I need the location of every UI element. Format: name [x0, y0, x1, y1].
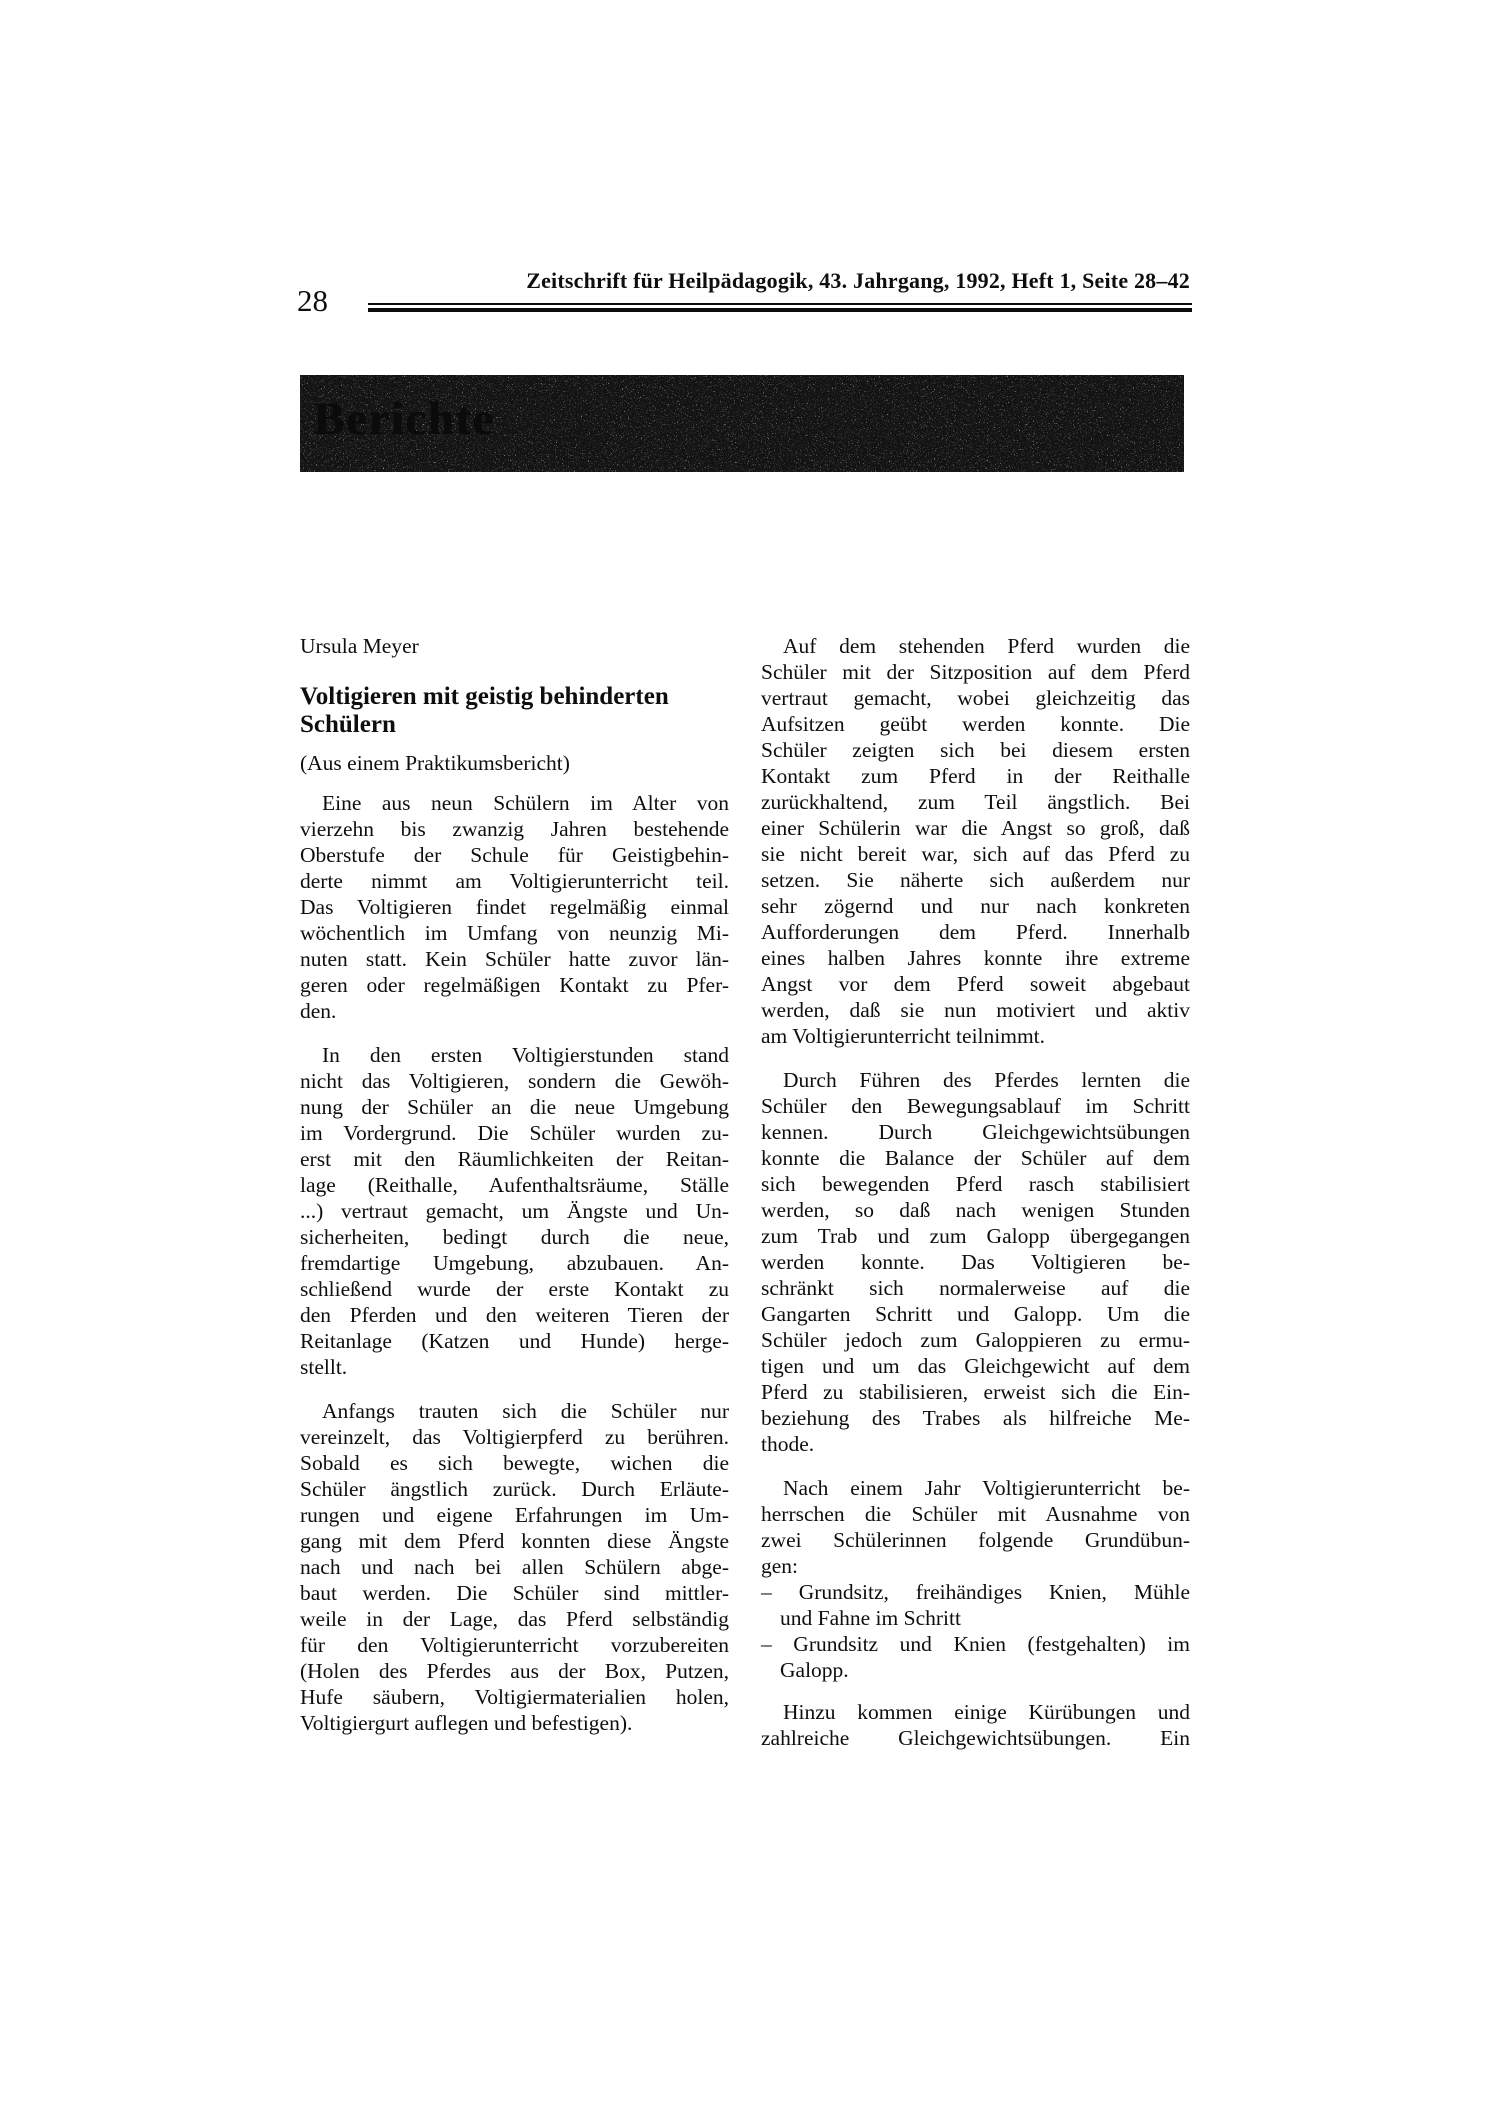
text-line: vereinzelt, das Voltigierpferd zu berühr…	[300, 1424, 729, 1450]
text-line: schließend wurde der erste Kontakt zu	[300, 1276, 729, 1302]
text-line: Schülern	[300, 711, 729, 739]
text-line: nung der Schüler an die neue Umgebung	[300, 1094, 729, 1120]
text-line: herrschen die Schüler mit Ausnahme von	[761, 1501, 1190, 1527]
text-line: vierzehn bis zwanzig Jahren bestehende	[300, 816, 729, 842]
text-line: vertraut gemacht, wobei gleichzeitig das	[761, 685, 1190, 711]
paragraph: Nach einem Jahr Voltigierunterricht be-h…	[761, 1475, 1190, 1579]
text-line: rungen und eigene Erfahrungen im Um-	[300, 1502, 729, 1528]
text-line: sie nicht bereit war, sich auf das Pferd…	[761, 841, 1190, 867]
text-line: und Fahne im Schritt	[761, 1605, 1190, 1631]
list-item: – Grundsitz und Knien (festgehalten) imG…	[761, 1631, 1190, 1683]
article-author: Ursula Meyer	[300, 633, 729, 659]
text-line: Hufe säubern, Voltigiermaterialien holen…	[300, 1684, 729, 1710]
text-line: Aufforderungen dem Pferd. Innerhalb	[761, 919, 1190, 945]
text-line: derte nimmt am Voltigierunterricht teil.	[300, 868, 729, 894]
text-line: schränkt sich normalerweise auf die	[761, 1275, 1190, 1301]
paragraph: Anfangs trauten sich die Schüler nurvere…	[300, 1398, 729, 1736]
article-body: Ursula MeyerVoltigieren mit geistig behi…	[300, 633, 1190, 1769]
right-column: Auf dem stehenden Pferd wurden dieSchüle…	[761, 633, 1190, 1769]
text-line: Schüler zeigten sich bei diesem ersten	[761, 737, 1190, 763]
text-line: beziehung des Trabes als hilfreiche Me-	[761, 1405, 1190, 1431]
text-line: sich bewegenden Pferd rasch stabilisiert	[761, 1171, 1190, 1197]
text-line: Kontakt zum Pferd in der Reithalle	[761, 763, 1190, 789]
left-column: Ursula MeyerVoltigieren mit geistig behi…	[300, 633, 729, 1769]
text-line: den.	[300, 998, 729, 1024]
text-line: werden, so daß nach wenigen Stunden	[761, 1197, 1190, 1223]
text-line: Hinzu kommen einige Kürübungen und	[761, 1699, 1190, 1725]
text-line: zum Trab und zum Galopp übergegangen	[761, 1223, 1190, 1249]
text-line: stellt.	[300, 1354, 729, 1380]
text-line: setzen. Sie näherte sich außerdem nur	[761, 867, 1190, 893]
text-line: In den ersten Voltigierstunden stand	[300, 1042, 729, 1068]
text-line: den Pferden und den weiteren Tieren der	[300, 1302, 729, 1328]
text-line: Schüler den Bewegungsablauf im Schritt	[761, 1093, 1190, 1119]
text-line: konnte die Balance der Schüler auf dem	[761, 1145, 1190, 1171]
text-line: kennen. Durch Gleichgewichtsübungen	[761, 1119, 1190, 1145]
text-line: lage (Reithalle, Aufenthaltsräume, Ställ…	[300, 1172, 729, 1198]
text-line: nuten statt. Kein Schüler hatte zuvor lä…	[300, 946, 729, 972]
paragraph: Durch Führen des Pferdes lernten dieSchü…	[761, 1067, 1190, 1457]
list-item: – Grundsitz, freihändiges Knien, Mühleun…	[761, 1579, 1190, 1631]
text-line: Aufsitzen geübt werden konnte. Die	[761, 711, 1190, 737]
text-line: zahlreiche Gleichgewichtsübungen. Ein	[761, 1725, 1190, 1751]
text-line: weile in der Lage, das Pferd selbständig	[300, 1606, 729, 1632]
text-line: – Grundsitz und Knien (festgehalten) im	[761, 1631, 1190, 1657]
text-line: Galopp.	[761, 1657, 1190, 1683]
text-line: (Aus einem Praktikumsbericht)	[300, 750, 729, 776]
text-line: werden konnte. Das Voltigieren be-	[761, 1249, 1190, 1275]
section-banner: Berichte	[300, 375, 1184, 472]
text-line: geren oder regelmäßigen Kontakt zu Pfer-	[300, 972, 729, 998]
text-line: ...) vertraut gemacht, um Ängste und Un-	[300, 1198, 729, 1224]
text-line: Auf dem stehenden Pferd wurden die	[761, 633, 1190, 659]
text-line: Das Voltigieren findet regelmäßig einmal	[300, 894, 729, 920]
document-page: 28 Zeitschrift für Heilpädagogik, 43. Ja…	[0, 0, 1488, 2105]
text-line: Schüler ängstlich zurück. Durch Erläute-	[300, 1476, 729, 1502]
paragraph: In den ersten Voltigierstunden standnich…	[300, 1042, 729, 1380]
text-line: Gangarten Schritt und Galopp. Um die	[761, 1301, 1190, 1327]
text-line: (Holen des Pferdes aus der Box, Putzen,	[300, 1658, 729, 1684]
text-line: baut werden. Die Schüler sind mittler-	[300, 1580, 729, 1606]
text-line: werden, daß sie nun motiviert und aktiv	[761, 997, 1190, 1023]
text-line: erst mit den Räumlichkeiten der Reitan-	[300, 1146, 729, 1172]
text-line: einer Schülerin war die Angst so groß, d…	[761, 815, 1190, 841]
text-line: Angst vor dem Pferd soweit abgebaut	[761, 971, 1190, 997]
text-line: Sobald es sich bewegte, wichen die	[300, 1450, 729, 1476]
text-line: eines halben Jahres konnte ihre extreme	[761, 945, 1190, 971]
text-line: nach und nach bei allen Schülern abge-	[300, 1554, 729, 1580]
text-line: Pferd zu stabilisieren, erweist sich die…	[761, 1379, 1190, 1405]
article-subtitle: (Aus einem Praktikumsbericht)	[300, 750, 729, 776]
text-line: sehr zögernd und nur nach konkreten	[761, 893, 1190, 919]
text-line: Schüler mit der Sitzposition auf dem Pfe…	[761, 659, 1190, 685]
paragraph: Hinzu kommen einige Kürübungen undzahlre…	[761, 1699, 1190, 1751]
header-rule-thick	[368, 308, 1192, 312]
text-line: zwei Schülerinnen folgende Grundübun-	[761, 1527, 1190, 1553]
text-line: gang mit dem Pferd konnten diese Ängste	[300, 1528, 729, 1554]
text-line: Voltigieren mit geistig behinderten	[300, 683, 729, 711]
text-line: im Vordergrund. Die Schüler wurden zu-	[300, 1120, 729, 1146]
text-line: fremdartige Umgebung, abzubauen. An-	[300, 1250, 729, 1276]
text-line: tigen und um das Gleichgewicht auf dem	[761, 1353, 1190, 1379]
text-line: – Grundsitz, freihändiges Knien, Mühle	[761, 1579, 1190, 1605]
article-title: Voltigieren mit geistig behindertenSchül…	[300, 683, 729, 739]
text-line: gen:	[761, 1553, 1190, 1579]
header-rule	[368, 303, 1192, 312]
text-line: thode.	[761, 1431, 1190, 1457]
text-line: sicherheiten, bedingt durch die neue,	[300, 1224, 729, 1250]
text-line: wöchentlich im Umfang von neunzig Mi-	[300, 920, 729, 946]
text-line: am Voltigierunterricht teilnimmt.	[761, 1023, 1190, 1049]
journal-header: Zeitschrift für Heilpädagogik, 43. Jahrg…	[300, 268, 1190, 294]
text-line: für den Voltigierunterricht vorzubereite…	[300, 1632, 729, 1658]
text-line: Eine aus neun Schülern im Alter von	[300, 790, 729, 816]
text-line: Durch Führen des Pferdes lernten die	[761, 1067, 1190, 1093]
text-line: Schüler jedoch zum Galoppieren zu ermu-	[761, 1327, 1190, 1353]
text-line: zurückhaltend, zum Teil ängstlich. Bei	[761, 789, 1190, 815]
text-line: Nach einem Jahr Voltigierunterricht be-	[761, 1475, 1190, 1501]
text-line: Anfangs trauten sich die Schüler nur	[300, 1398, 729, 1424]
paragraph: Auf dem stehenden Pferd wurden dieSchüle…	[761, 633, 1190, 1049]
text-line: Reitanlage (Katzen und Hunde) herge-	[300, 1328, 729, 1354]
text-line: Ursula Meyer	[300, 633, 729, 659]
text-line: Voltigiergurt auflegen und befestigen).	[300, 1710, 729, 1736]
paragraph: Eine aus neun Schülern im Alter vonvierz…	[300, 790, 729, 1024]
text-line: Oberstufe der Schule für Geistigbehin-	[300, 842, 729, 868]
section-banner-label: Berichte	[313, 387, 495, 453]
header-rule-thin	[368, 303, 1192, 305]
text-line: nicht das Voltigieren, sondern die Gewöh…	[300, 1068, 729, 1094]
